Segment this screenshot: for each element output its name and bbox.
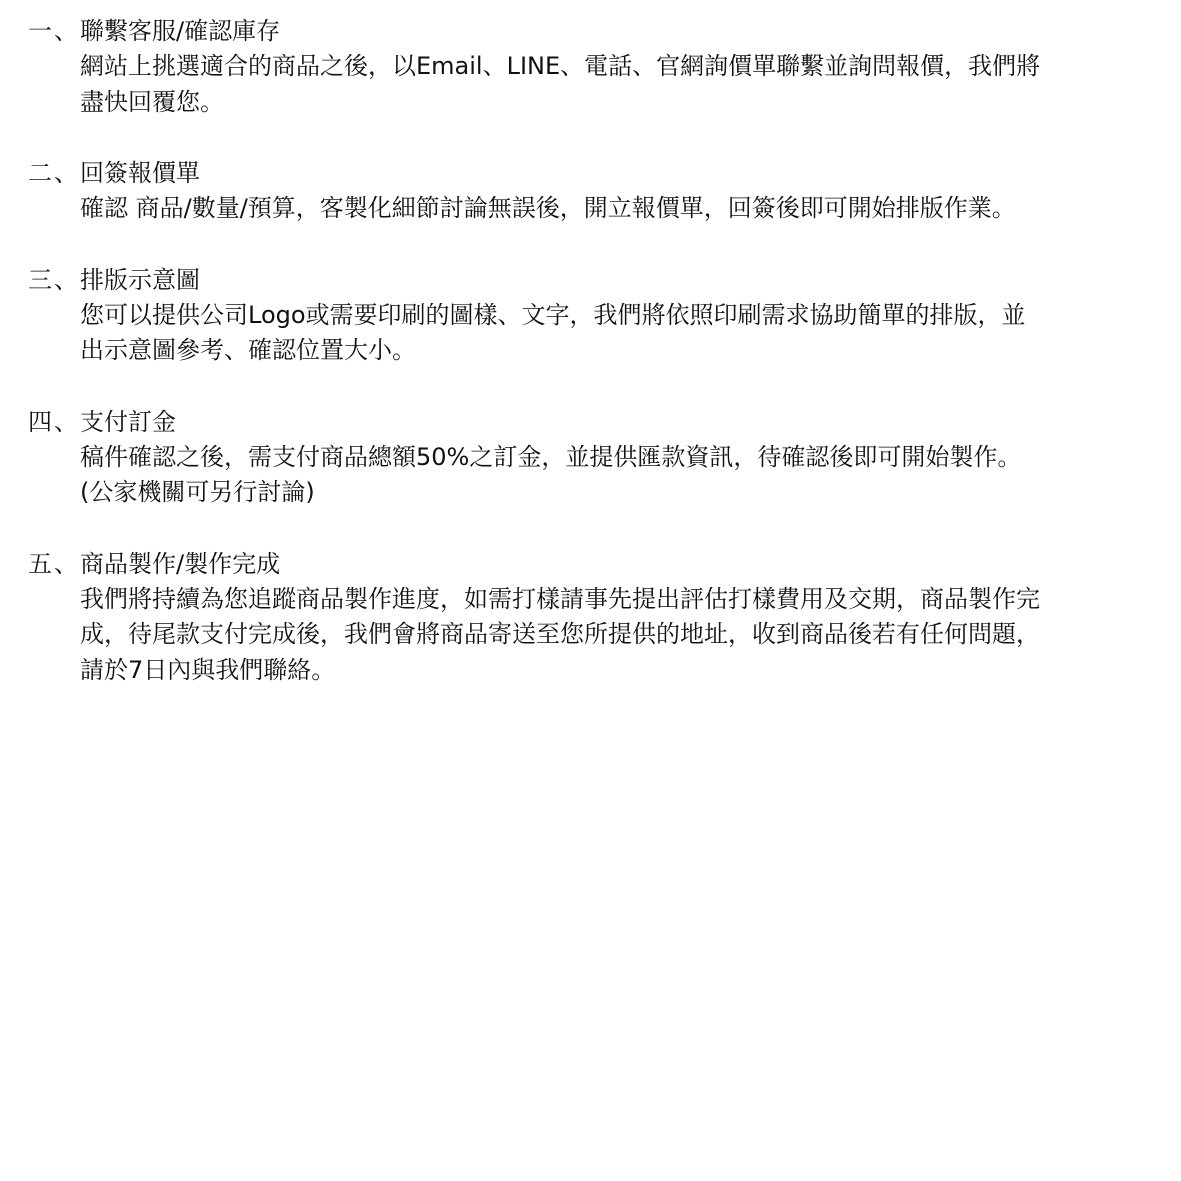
step-separator: 、 bbox=[54, 547, 80, 582]
step-number: 四 bbox=[28, 405, 54, 440]
step-separator: 、 bbox=[54, 263, 80, 298]
step-title: 聯繫客服/確認庫存 bbox=[80, 14, 280, 49]
step-separator: 、 bbox=[54, 156, 80, 191]
description-line: 我們將持續為您追蹤商品製作進度，如需打樣請事先提出評估打樣費用及交期，商品製作完 bbox=[80, 582, 1130, 618]
description-line: 請於7日內與我們聯絡。 bbox=[80, 653, 1130, 689]
step-heading: 三 、 排版示意圖 bbox=[28, 263, 1148, 298]
step-description: 稿件確認之後，需支付商品總額50%之訂金，並提供匯款資訊，待確認後即可開始製作。… bbox=[80, 440, 1130, 511]
step-title: 商品製作/製作完成 bbox=[80, 547, 280, 582]
description-line: 您可以提供公司Logo或需要印刷的圖樣、文字，我們將依照印刷需求協助簡單的排版，… bbox=[80, 298, 1130, 334]
step-2: 二 、 回簽報價單 確認 商品/數量/預算，客製化細節討論無誤後，開立報價單，回… bbox=[28, 156, 1148, 227]
step-number: 三 bbox=[28, 263, 54, 298]
step-heading: 四 、 支付訂金 bbox=[28, 405, 1148, 440]
description-line: 稿件確認之後，需支付商品總額50%之訂金，並提供匯款資訊，待確認後即可開始製作。 bbox=[80, 440, 1130, 476]
step-number: 五 bbox=[28, 547, 54, 582]
step-1: 一 、 聯繫客服/確認庫存 網站上挑選適合的商品之後，以Email、LINE、電… bbox=[28, 14, 1148, 120]
step-description: 確認 商品/數量/預算，客製化細節討論無誤後，開立報價單，回簽後即可開始排版作業… bbox=[80, 191, 1130, 227]
step-heading: 一 、 聯繫客服/確認庫存 bbox=[28, 14, 1148, 49]
step-number: 一 bbox=[28, 14, 54, 49]
step-number: 二 bbox=[28, 156, 54, 191]
step-title: 回簽報價單 bbox=[80, 156, 200, 191]
step-description: 您可以提供公司Logo或需要印刷的圖樣、文字，我們將依照印刷需求協助簡單的排版，… bbox=[80, 298, 1130, 369]
step-5: 五 、 商品製作/製作完成 我們將持續為您追蹤商品製作進度，如需打樣請事先提出評… bbox=[28, 547, 1148, 689]
step-3: 三 、 排版示意圖 您可以提供公司Logo或需要印刷的圖樣、文字，我們將依照印刷… bbox=[28, 263, 1148, 369]
step-title: 支付訂金 bbox=[80, 405, 176, 440]
step-description: 我們將持續為您追蹤商品製作進度，如需打樣請事先提出評估打樣費用及交期，商品製作完… bbox=[80, 582, 1130, 689]
ordering-process-document: 一 、 聯繫客服/確認庫存 網站上挑選適合的商品之後，以Email、LINE、電… bbox=[28, 14, 1148, 724]
step-description: 網站上挑選適合的商品之後，以Email、LINE、電話、官網詢價單聯繫並詢問報價… bbox=[80, 49, 1130, 120]
step-separator: 、 bbox=[54, 405, 80, 440]
description-line: 出示意圖參考、確認位置大小。 bbox=[80, 333, 1130, 369]
step-heading: 二 、 回簽報價單 bbox=[28, 156, 1148, 191]
step-heading: 五 、 商品製作/製作完成 bbox=[28, 547, 1148, 582]
step-title: 排版示意圖 bbox=[80, 263, 200, 298]
step-4: 四 、 支付訂金 稿件確認之後，需支付商品總額50%之訂金，並提供匯款資訊，待確… bbox=[28, 405, 1148, 511]
description-line: 成，待尾款支付完成後，我們會將商品寄送至您所提供的地址，收到商品後若有任何問題， bbox=[80, 617, 1130, 653]
description-line: (公家機關可另行討論) bbox=[80, 475, 1130, 511]
step-separator: 、 bbox=[54, 14, 80, 49]
description-line: 盡快回覆您。 bbox=[80, 85, 1130, 121]
description-line: 確認 商品/數量/預算，客製化細節討論無誤後，開立報價單，回簽後即可開始排版作業… bbox=[80, 191, 1130, 227]
description-line: 網站上挑選適合的商品之後，以Email、LINE、電話、官網詢價單聯繫並詢問報價… bbox=[80, 49, 1130, 85]
